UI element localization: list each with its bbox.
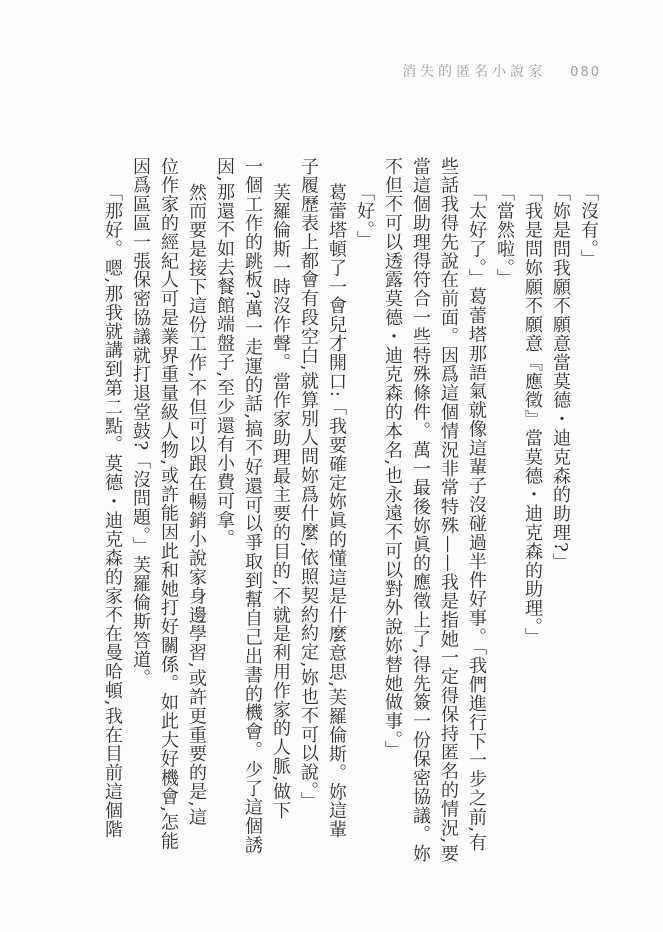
text-column: 不但不可以透露莫德・迪克森的本名,也永遠不可以對外說妳替她做事。」 <box>378 157 406 879</box>
page-header: 消失的匿名小說家 080 <box>402 61 601 81</box>
text-column: 「太好了。」葛蕾塔那語氣就像這輩子沒碰過半件好事。「我們進行下一步之前,有 <box>462 157 490 879</box>
book-page: 消失的匿名小說家 080 「沒有。」「妳是問我願不願意當莫德・迪克森的助理?」「… <box>0 0 663 932</box>
text-column: 「我是問妳願不願意『應徵』當莫德・迪克森的助理。」 <box>518 157 546 879</box>
text-column: 些話我得先說在前面。因爲這個情況非常特殊——我是指她一定得保持匿名的情況,要 <box>434 157 462 879</box>
text-column: 「妳是問我願不願意當莫德・迪克森的助理?」 <box>546 157 574 879</box>
text-column: 當這個助理得符合一些特殊條件。萬一最後妳眞的應徵上了,得先簽一份保密協議。妳 <box>406 157 434 879</box>
text-column: 「當然啦。」 <box>490 157 518 879</box>
running-title: 消失的匿名小說家 <box>402 61 546 81</box>
text-column: 一個工作的跳板?萬一走運的話,搞不好還可以爭取到幫自己出書的機會。少了這個誘 <box>238 157 266 879</box>
text-column: 子履歷表上都會有段空白,就算別人問妳爲什麼,依照契約約定,妳也不可以說。」 <box>294 157 322 879</box>
text-column: 然而要是接下這份工作,不但可以跟在暢銷小說家身邊學習,或許更重要的是,這 <box>182 157 210 879</box>
body-text: 「沒有。」「妳是問我願不願意當莫德・迪克森的助理?」「我是問妳願不願意『應徵』當… <box>98 157 602 879</box>
text-column: 葛蕾塔頓了一會兒才開口:「我要確定妳眞的懂這是什麼意思,芙羅倫斯。妳這輩 <box>322 157 350 879</box>
text-column: 芙羅倫斯一時沒作聲。當作家助理最主要的目的,不就是利用作家的人脈,做下 <box>266 157 294 879</box>
text-column: 「那好。嗯,那我就講到第二點。莫德・迪克森的家不在曼哈頓,我在目前這個階 <box>98 157 126 879</box>
page-number: 080 <box>570 65 601 80</box>
text-column: 因,那還不如去餐館端盤子,至少還有小費可拿。 <box>210 157 238 879</box>
text-column: 「沒有。」 <box>574 157 602 879</box>
text-column: 因爲區區一張保密協議就打退堂鼓?「沒問題。」芙羅倫斯答道。 <box>126 157 154 879</box>
text-column: 位作家的經紀人可是業界重量級人物,或許能因此和她打好關係。如此大好機會,怎能 <box>154 157 182 879</box>
text-column: 「好。」 <box>350 157 378 879</box>
